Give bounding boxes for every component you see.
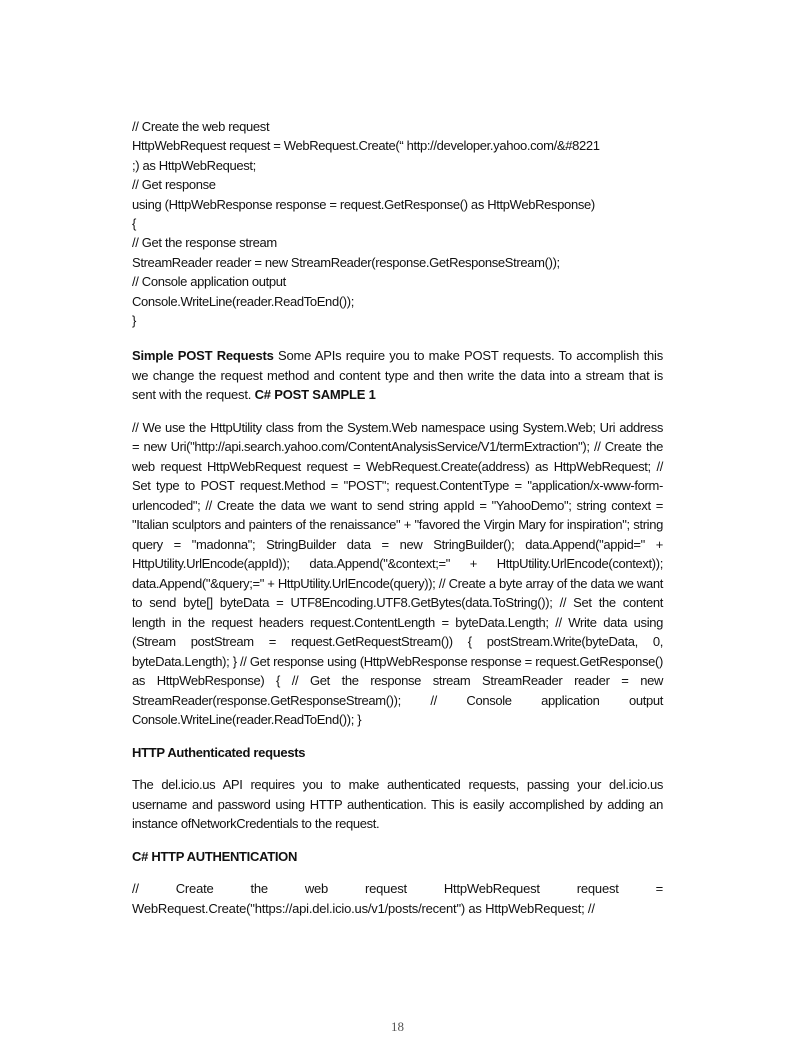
code-line: // Get response	[132, 175, 663, 194]
code-line: // Get the response stream	[132, 233, 663, 252]
code-line: using (HttpWebResponse response = reques…	[132, 195, 663, 214]
auth-requests-body: The del.icio.us API requires you to make…	[132, 775, 663, 834]
code-line: Console.WriteLine(reader.ReadToEnd());	[132, 292, 663, 311]
auth-sample-code: // Create the web request HttpWebRequest…	[132, 879, 663, 918]
code-line: HttpWebRequest request = WebRequest.Crea…	[132, 136, 663, 155]
post-sample-label: C# POST SAMPLE 1	[255, 387, 376, 402]
post-requests-paragraph: Simple POST Requests Some APIs require y…	[132, 346, 663, 405]
code-line: // Create the web request	[132, 117, 663, 136]
post-sample-code: // We use the HttpUtility class from the…	[132, 418, 663, 730]
auth-requests-heading: HTTP Authenticated requests	[132, 743, 663, 763]
page-number: 18	[0, 1019, 795, 1035]
code-block-get-request: // Create the web request HttpWebRequest…	[132, 117, 663, 330]
code-line: // Console application output	[132, 272, 663, 291]
code-line: }	[132, 311, 663, 330]
code-line: ;) as HttpWebRequest;	[132, 156, 663, 175]
code-line: {	[132, 214, 663, 233]
document-page: // Create the web request HttpWebRequest…	[132, 117, 663, 931]
code-line: StreamReader reader = new StreamReader(r…	[132, 253, 663, 272]
auth-sample-label: C# HTTP AUTHENTICATION	[132, 847, 663, 867]
post-requests-heading: Simple POST Requests	[132, 348, 274, 363]
